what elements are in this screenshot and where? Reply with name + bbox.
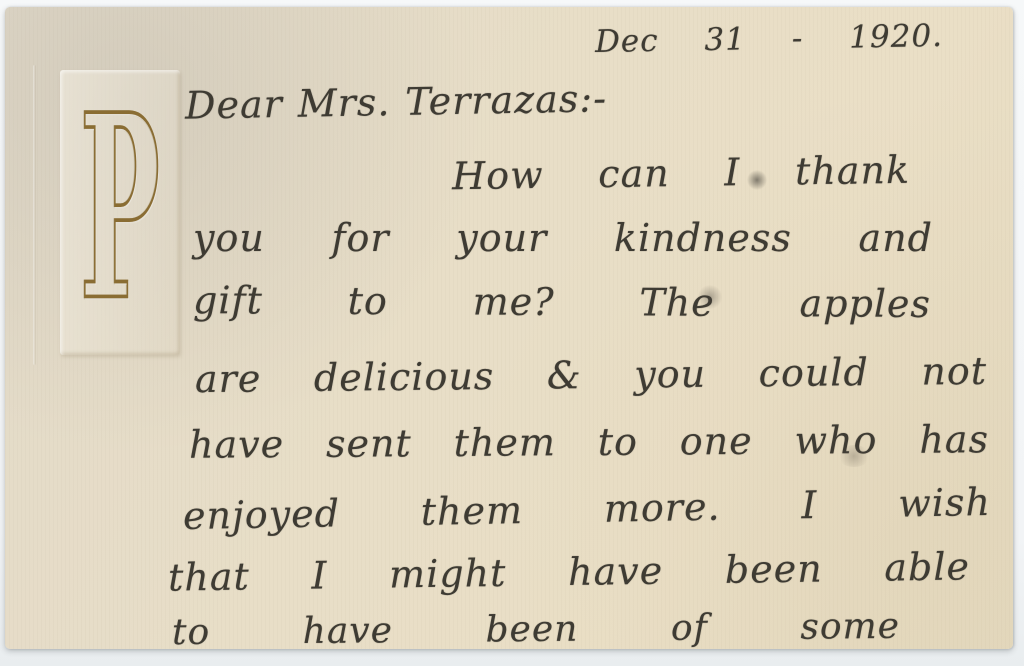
paper-crease bbox=[33, 65, 36, 365]
ink-smudge bbox=[697, 285, 723, 309]
letter-date: Dec 31 - 1920. bbox=[595, 20, 944, 59]
letter-body-line: How can I thank bbox=[452, 151, 911, 197]
letter-body-line: are delicious & you could not bbox=[195, 352, 987, 400]
monogram-panel: P bbox=[60, 70, 180, 355]
letter-body-line: that I might have been able bbox=[168, 547, 970, 598]
letter-body-line: you for your kindness and bbox=[193, 219, 933, 259]
scan-background: P Dec 31 - 1920. Dear Mrs. Terrazas:- Ho… bbox=[0, 0, 1024, 666]
letter-body-line: to have been of some bbox=[172, 608, 900, 649]
letter-card: P Dec 31 - 1920. Dear Mrs. Terrazas:- Ho… bbox=[5, 7, 1013, 649]
ink-smudge bbox=[837, 445, 871, 467]
ink-smudge bbox=[747, 169, 767, 191]
monogram-p-icon: P bbox=[80, 82, 160, 335]
letter-body-line: enjoyed them more. I wish bbox=[183, 483, 992, 537]
letter-body-line: gift to me? The apples bbox=[193, 281, 931, 325]
letter-salutation: Dear Mrs. Terrazas:- bbox=[185, 79, 608, 126]
